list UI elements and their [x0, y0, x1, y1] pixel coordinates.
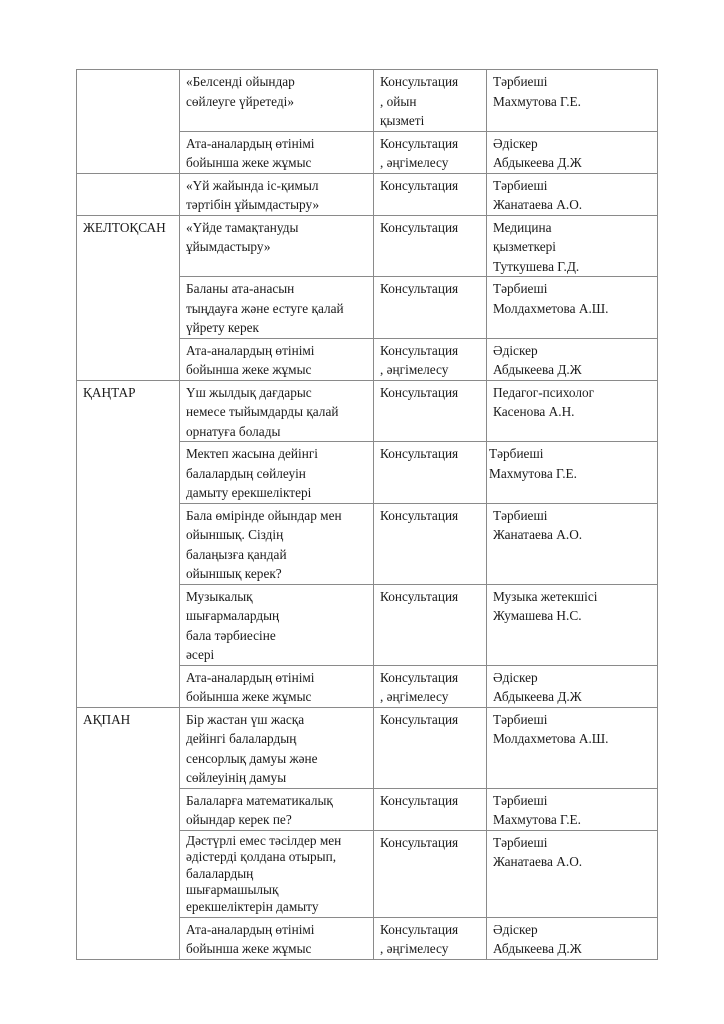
responsible-cell: Тәрбиеші Махмутова Г.Е. — [487, 788, 658, 830]
responsible-cell: Тәрбиеші Жанатаева А.О. — [487, 503, 658, 584]
form-cell: Консультация , әңгімелесу — [374, 131, 487, 173]
form-cell: Консультация — [374, 788, 487, 830]
month-cell — [77, 173, 180, 215]
form-cell: Консультация — [374, 215, 487, 277]
month-cell — [77, 70, 180, 174]
month-cell-january: ҚАҢТАР — [77, 380, 180, 707]
form-cell: Консультация , әңгімелесу — [374, 665, 487, 707]
form-cell: Консультация — [374, 173, 487, 215]
month-cell-december: ЖЕЛТОҚСАН — [77, 215, 180, 380]
topic-cell: Ата-аналардың өтінімі бойынша жеке жұмыс — [180, 131, 374, 173]
responsible-cell: Тәрбиеші Махмутова Г.Е. — [487, 442, 658, 504]
form-cell: Консультация — [374, 707, 487, 788]
form-cell: Консультация — [374, 277, 487, 339]
topic-cell: Дәстүрлі емес тәсілдер мен әдістерді қол… — [180, 830, 374, 917]
responsible-cell: Тәрбиеші Молдахметова А.Ш. — [487, 707, 658, 788]
topic-cell: Музыкалық шығармалардың бала тәрбиесіне … — [180, 584, 374, 665]
topic-cell: «Үйде тамақтануды ұйымдастыру» — [180, 215, 374, 277]
responsible-cell: Әдіскер Абдыкеева Д.Ж — [487, 665, 658, 707]
topic-cell: Ата-аналардың өтінімі бойынша жеке жұмыс — [180, 665, 374, 707]
form-cell: Консультация , ойын қызметі — [374, 70, 487, 132]
topic-cell: «Белсенді ойындар сөйлеуге үйретеді» — [180, 70, 374, 132]
topic-cell: «Үй жайында іс-қимыл тәртібін ұйымдастыр… — [180, 173, 374, 215]
topic-cell: Ата-аналардың өтінімі бойынша жеке жұмыс — [180, 338, 374, 380]
topic-cell: Үш жылдық дағдарыс немесе тыйымдарды қал… — [180, 380, 374, 442]
table-row: «Үй жайында іс-қимыл тәртібін ұйымдастыр… — [77, 173, 658, 215]
responsible-cell: Тәрбиеші Жанатаева А.О. — [487, 173, 658, 215]
topic-cell: Балаларға математикалық ойындар керек пе… — [180, 788, 374, 830]
form-cell: Консультация — [374, 830, 487, 917]
document-page: «Белсенді ойындар сөйлеуге үйретеді» Кон… — [0, 0, 724, 1024]
table-row: «Белсенді ойындар сөйлеуге үйретеді» Кон… — [77, 70, 658, 132]
responsible-cell: Әдіскер Абдыкеева Д.Ж — [487, 338, 658, 380]
responsible-cell: Тәрбиеші Махмутова Г.Е. — [487, 70, 658, 132]
form-cell: Консультация — [374, 442, 487, 504]
table-row: АҚПАН Бір жастан үш жасқа дейінгі балала… — [77, 707, 658, 788]
form-cell: Консультация — [374, 380, 487, 442]
topic-cell: Баланы ата-анасын тыңдауға және естуге қ… — [180, 277, 374, 339]
form-cell: Консультация — [374, 584, 487, 665]
month-cell-february: АҚПАН — [77, 707, 180, 959]
responsible-cell: Әдіскер Абдыкеева Д.Ж — [487, 917, 658, 959]
topic-cell: Ата-аналардың өтінімі бойынша жеке жұмыс — [180, 917, 374, 959]
form-cell: Консультация , әңгімелесу — [374, 338, 487, 380]
parent-work-plan-table: «Белсенді ойындар сөйлеуге үйретеді» Кон… — [76, 69, 658, 960]
table-row: ЖЕЛТОҚСАН «Үйде тамақтануды ұйымдастыру»… — [77, 215, 658, 277]
topic-cell: Мектеп жасына дейінгі балалардың сөйлеуі… — [180, 442, 374, 504]
responsible-cell: Әдіскер Абдыкеева Д.Ж — [487, 131, 658, 173]
responsible-cell: Медицина қызметкері Туткушева Г.Д. — [487, 215, 658, 277]
topic-cell: Бір жастан үш жасқа дейінгі балалардың с… — [180, 707, 374, 788]
form-cell: Консультация — [374, 503, 487, 584]
topic-cell: Бала өмірінде ойындар мен ойыншық. Сізді… — [180, 503, 374, 584]
form-cell: Консультация , әңгімелесу — [374, 917, 487, 959]
responsible-cell: Педагог-психолог Касенова А.Н. — [487, 380, 658, 442]
responsible-cell: Тәрбиеші Жанатаева А.О. — [487, 830, 658, 917]
responsible-cell: Музыка жетекшісі Жумашева Н.С. — [487, 584, 658, 665]
responsible-cell: Тәрбиеші Молдахметова А.Ш. — [487, 277, 658, 339]
table-row: ҚАҢТАР Үш жылдық дағдарыс немесе тыйымда… — [77, 380, 658, 442]
